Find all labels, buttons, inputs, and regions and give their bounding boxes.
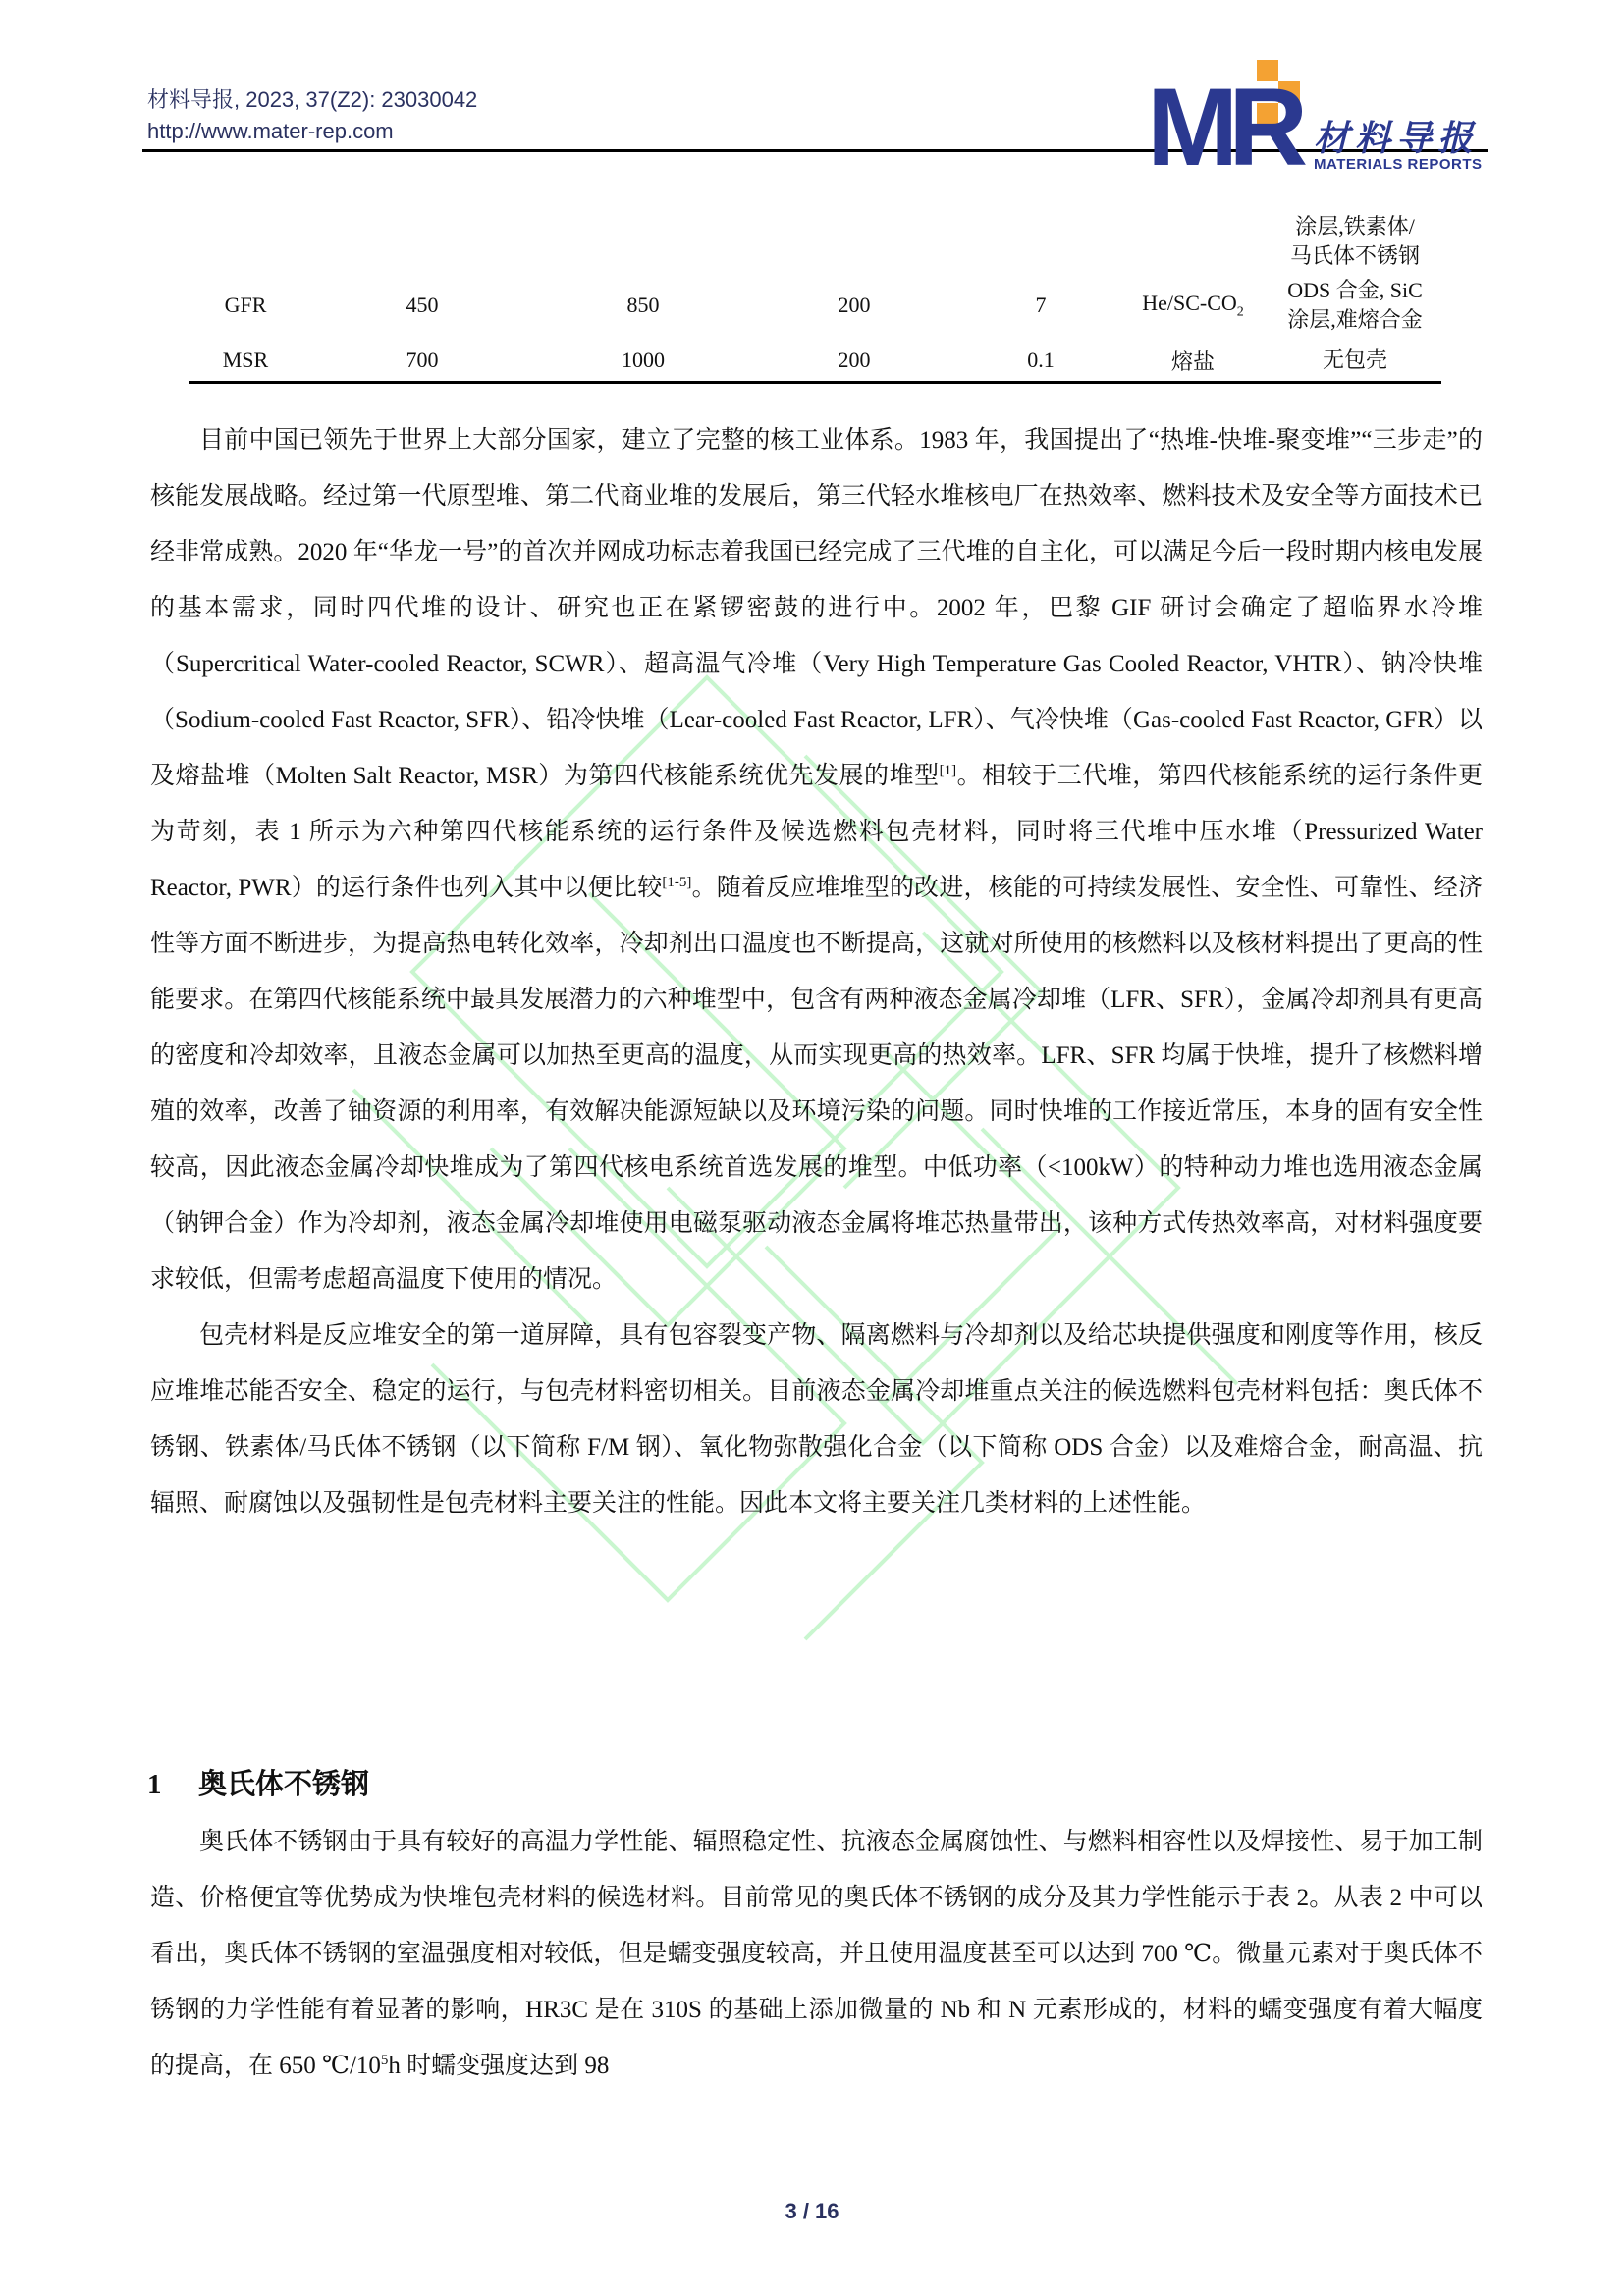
section-heading: 1奥氏体不锈钢	[147, 1762, 369, 1802]
reactor-cell: MSR	[187, 340, 304, 381]
citation-ref[interactable]: [1]	[940, 763, 957, 778]
value-cell: 200	[746, 340, 962, 381]
section-number: 1	[147, 1769, 198, 1801]
value-cell: 0.1	[962, 340, 1119, 381]
page-number: 3 / 16	[0, 2199, 1624, 2224]
value-cell: 200	[746, 271, 962, 340]
journal-url[interactable]: http://www.mater-rep.com	[147, 116, 477, 147]
paragraph: 奥氏体不锈钢由于具有较好的高温力学性能、辐照稳定性、抗液态金属腐蚀性、与燃料相容…	[150, 1814, 1483, 2094]
paragraph: 包壳材料是反应堆安全的第一道屏障，具有包容裂变产物、隔离燃料与冷却剂以及给芯块提…	[150, 1308, 1483, 1531]
table-row: 涂层,铁素体/ 马氏体不锈钢	[187, 192, 1443, 271]
coolant-cell: 熔盐	[1119, 340, 1267, 381]
value-cell: 700	[304, 340, 540, 381]
running-header: 材料导报, 2023, 37(Z2): 23030042 http://www.…	[147, 84, 477, 147]
value-cell: 450	[304, 271, 540, 340]
value-cell: 850	[540, 271, 746, 340]
cladding-cell: 无包壳	[1267, 340, 1443, 381]
reactor-cell: GFR	[187, 271, 304, 340]
table-row: MSR 700 1000 200 0.1 熔盐 无包壳	[187, 340, 1443, 381]
table-row: GFR 450 850 200 7 He/SC-CO2 ODS 合金, SiC …	[187, 271, 1443, 340]
body-text-block-2: 奥氏体不锈钢由于具有较好的高温力学性能、辐照稳定性、抗液态金属腐蚀性、与燃料相容…	[150, 1814, 1483, 2094]
coolant-cell: He/SC-CO2	[1119, 271, 1267, 340]
logo-cn-name: 材料导报	[1314, 111, 1479, 161]
value-cell: 7	[962, 271, 1119, 340]
table-1-fragment: 涂层,铁素体/ 马氏体不锈钢 GFR 450 850 200 7 He/SC-C…	[187, 192, 1443, 381]
paragraph: 目前中国已领先于世界上大部分国家，建立了完整的核工业体系。1983 年，我国提出…	[150, 412, 1483, 1308]
section-title: 奥氏体不锈钢	[198, 1769, 369, 1800]
journal-logo: MR 材料导报 MATERIALS REPORTS	[1139, 54, 1497, 177]
cladding-cell: 涂层,铁素体/ 马氏体不锈钢	[1267, 192, 1443, 271]
table-bottom-rule	[189, 381, 1441, 384]
body-text-block-1: 目前中国已领先于世界上大部分国家，建立了完整的核工业体系。1983 年，我国提出…	[150, 412, 1483, 1531]
value-cell: 1000	[540, 340, 746, 381]
journal-citation: 材料导报, 2023, 37(Z2): 23030042	[147, 84, 477, 116]
logo-en-name: MATERIALS REPORTS	[1314, 156, 1483, 173]
logo-letters: MR	[1147, 83, 1298, 172]
citation-ref[interactable]: [1-5]	[662, 875, 691, 890]
cladding-cell: ODS 合金, SiC 涂层,难熔合金	[1267, 271, 1443, 340]
